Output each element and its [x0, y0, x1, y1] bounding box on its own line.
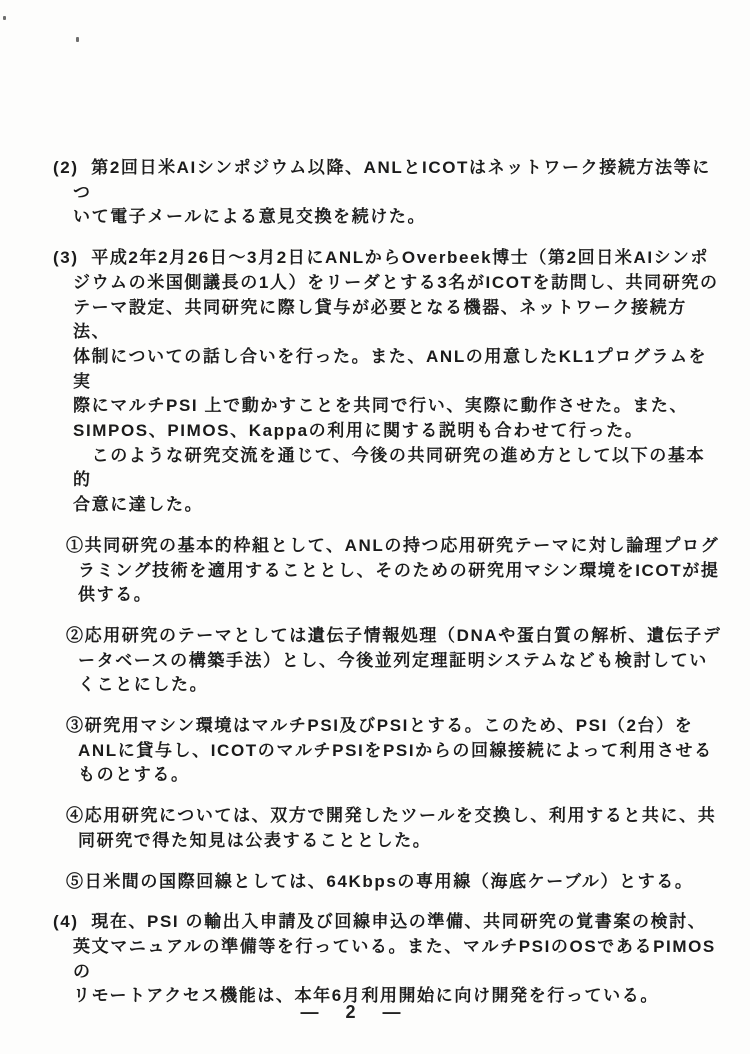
scan-noise-dot: [3, 16, 6, 20]
scanned-document-page: (2) 第2回日米AIシンポジウム以降、ANLとICOTはネットワーク接続方法等…: [0, 0, 750, 1054]
page-number: 2: [345, 1002, 356, 1023]
paragraph-3: (3) 平成2年2月26日〜3月2日にANLからOverbeek博士（第2回日米…: [0, 246, 722, 518]
footer-dash-left: —: [300, 1002, 319, 1023]
page-footer: — 2 —: [0, 1002, 726, 1023]
agreement-item-1: ①共同研究の基本的枠組として、ANLの持つ応用研究テーマに対し論理プログ ラミン…: [0, 534, 722, 608]
paragraph-2: (2) 第2回日米AIシンポジウム以降、ANLとICOTはネットワーク接続方法等…: [0, 156, 722, 230]
footer-dash-right: —: [383, 1002, 402, 1023]
document-body: (2) 第2回日米AIシンポジウム以降、ANLとICOTはネットワーク接続方法等…: [0, 156, 722, 1025]
agreement-item-5: ⑤日米間の国際回線としては、64Kbpsの専用線（海底ケーブル）とする。: [0, 870, 722, 895]
agreement-item-3: ③研究用マシン環境はマルチPSI及びPSIとする。このため、PSI（2台）を A…: [0, 714, 722, 788]
paragraph-4: (4) 現在、PSI の輸出入申請及び回線申込の準備、共同研究の覚書案の検討、 …: [0, 910, 722, 1009]
agreement-item-2: ②応用研究のテーマとしては遺伝子情報処理（DNAや蛋白質の解析、遺伝子デ ータベ…: [0, 624, 722, 698]
scan-noise-dot: [76, 37, 79, 42]
agreement-item-4: ④応用研究については、双方で開発したツールを交換し、利用すると共に、共 同研究で…: [0, 804, 722, 853]
